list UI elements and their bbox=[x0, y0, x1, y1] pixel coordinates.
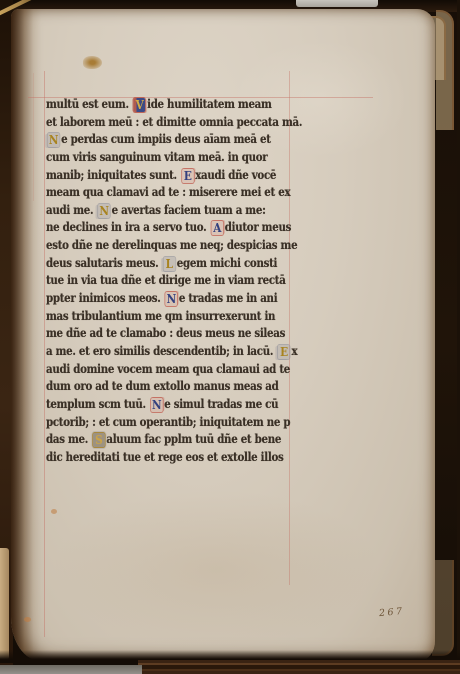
folio-number: 267 bbox=[379, 606, 406, 619]
text-line-3: Ne perdas cum impiis deus aīam meā et bbox=[46, 131, 258, 149]
text-line-11: tue in via tua dñe et dirige me in viam … bbox=[46, 272, 258, 290]
line-text: pctorib; : et cum operantib; iniquitatem… bbox=[46, 415, 290, 429]
illuminated-initial-N: N bbox=[151, 398, 163, 412]
table-wood-surface bbox=[138, 660, 460, 674]
manuscript-photo: multū est eum. Vide humilitatem meamet l… bbox=[0, 0, 460, 674]
text-line-8: ne declines in ira a servo tuo. Adiutor … bbox=[46, 219, 258, 237]
text-line-20: das me. Saluum fac pplm tuū dñe et bene bbox=[46, 431, 258, 449]
manuscript-page: multū est eum. Vide humilitatem meamet l… bbox=[11, 9, 435, 661]
line-text: a me. et ero similis descendentib; in la… bbox=[46, 344, 276, 358]
text-line-1: multū est eum. Vide humilitatem meam bbox=[46, 96, 258, 114]
line-text: tue in via tua dñe et dirige me in viam … bbox=[46, 273, 286, 287]
line-text: esto dñe ne derelinquas me neq; despicia… bbox=[46, 238, 297, 252]
line-text: ide humilitatem meam bbox=[147, 97, 271, 111]
line-text: et laborem meū : et dimitte omnia peccat… bbox=[46, 115, 302, 129]
line-text: mas tribulantium me qm insurrexerunt in bbox=[46, 309, 275, 323]
text-line-2: et laborem meū : et dimitte omnia peccat… bbox=[46, 114, 258, 132]
text-line-19: pctorib; : et cum operantib; iniquitatem… bbox=[46, 414, 258, 432]
line-text: meam qua clamavi ad te : miserere mei et… bbox=[46, 185, 290, 199]
line-text: templum scm tuū. bbox=[46, 397, 149, 411]
page-corner-under-bottom bbox=[432, 560, 454, 656]
illuminated-initial-N: N bbox=[48, 133, 60, 147]
illuminated-initial-S: S bbox=[93, 433, 105, 447]
line-text: e avertas faciem tuam a me: bbox=[112, 203, 266, 217]
parchment-speck-2 bbox=[24, 617, 31, 622]
line-text: cum viris sanguinum vitam meā. in quor bbox=[46, 150, 267, 164]
line-text: me dñe ad te clamabo : deus meus ne sile… bbox=[46, 326, 285, 340]
text-line-16: audi domine vocem meam qua clamaui ad te bbox=[46, 361, 258, 379]
text-line-12: ppter inimicos meos. Ne tradas me in ani bbox=[46, 290, 258, 308]
line-text: e perdas cum impiis deus aīam meā et bbox=[61, 132, 271, 146]
background-paper-sliver bbox=[296, 0, 378, 7]
parchment-stain bbox=[83, 56, 102, 69]
illuminated-initial-E: E bbox=[182, 169, 194, 183]
line-text: manib; iniquitates sunt. bbox=[46, 168, 180, 182]
parchment-speck-1 bbox=[51, 509, 57, 514]
illuminated-initial-L: L bbox=[163, 257, 175, 271]
table-grey-surface bbox=[0, 665, 142, 674]
line-text: x bbox=[292, 344, 298, 358]
illuminated-initial-N: N bbox=[165, 292, 177, 306]
line-text: ne declines in ira a servo tuo. bbox=[46, 220, 210, 234]
line-text: dic hereditati tue et rege eos et extoll… bbox=[46, 450, 283, 464]
line-text: multū est eum. bbox=[46, 97, 132, 111]
line-text: aluum fac pplm tuū dñe et bene bbox=[106, 432, 281, 446]
text-line-4: cum viris sanguinum vitam meā. in quor bbox=[46, 149, 258, 167]
text-line-5: manib; iniquitates sunt. Exaudi dñe vocē bbox=[46, 167, 258, 185]
line-text: e tradas me in ani bbox=[179, 291, 277, 305]
text-line-14: me dñe ad te clamabo : deus meus ne sile… bbox=[46, 325, 258, 343]
illuminated-initial-N: N bbox=[98, 204, 110, 218]
text-line-15: a me. et ero similis descendentib; in la… bbox=[46, 343, 258, 361]
text-line-18: templum scm tuū. Ne simul tradas me cū bbox=[46, 396, 258, 414]
text-line-13: mas tribulantium me qm insurrexerunt in bbox=[46, 308, 258, 326]
line-text: audi me. bbox=[46, 203, 97, 217]
line-text: diutor meus bbox=[225, 220, 291, 234]
ruling-line-vertical-outer bbox=[33, 73, 34, 201]
line-text: deus salutaris meus. bbox=[46, 256, 162, 270]
text-block: multū est eum. Vide humilitatem meamet l… bbox=[46, 96, 298, 466]
line-text: ppter inimicos meos. bbox=[46, 291, 164, 305]
text-line-10: deus salutaris meus. Legem michi consti bbox=[46, 255, 258, 273]
gutter-shadow bbox=[11, 9, 41, 661]
text-line-9: esto dñe ne derelinquas me neq; despicia… bbox=[46, 237, 258, 255]
line-text: xaudi dñe vocē bbox=[195, 168, 276, 182]
text-line-7: audi me. Ne avertas faciem tuam a me: bbox=[46, 202, 258, 220]
illuminated-initial-A: A bbox=[211, 221, 223, 235]
line-text: dum oro ad te dum extollo manus meas ad bbox=[46, 379, 278, 393]
text-line-6: meam qua clamavi ad te : miserere mei et… bbox=[46, 184, 258, 202]
text-line-21: dic hereditati tue et rege eos et extoll… bbox=[46, 449, 258, 467]
parchment-mottling bbox=[51, 489, 381, 649]
line-text: e simul tradas me cū bbox=[164, 397, 278, 411]
line-text: egem michi consti bbox=[177, 256, 277, 270]
ruling-line-vertical-left bbox=[44, 71, 45, 637]
book-cover-left-strip bbox=[0, 548, 9, 660]
illuminated-initial-V: V bbox=[134, 98, 146, 112]
text-line-17: dum oro ad te dum extollo manus meas ad bbox=[46, 378, 258, 396]
line-text: das me. bbox=[46, 432, 91, 446]
line-text: audi domine vocem meam qua clamaui ad te bbox=[46, 362, 290, 376]
illuminated-initial-E: E bbox=[278, 345, 290, 359]
